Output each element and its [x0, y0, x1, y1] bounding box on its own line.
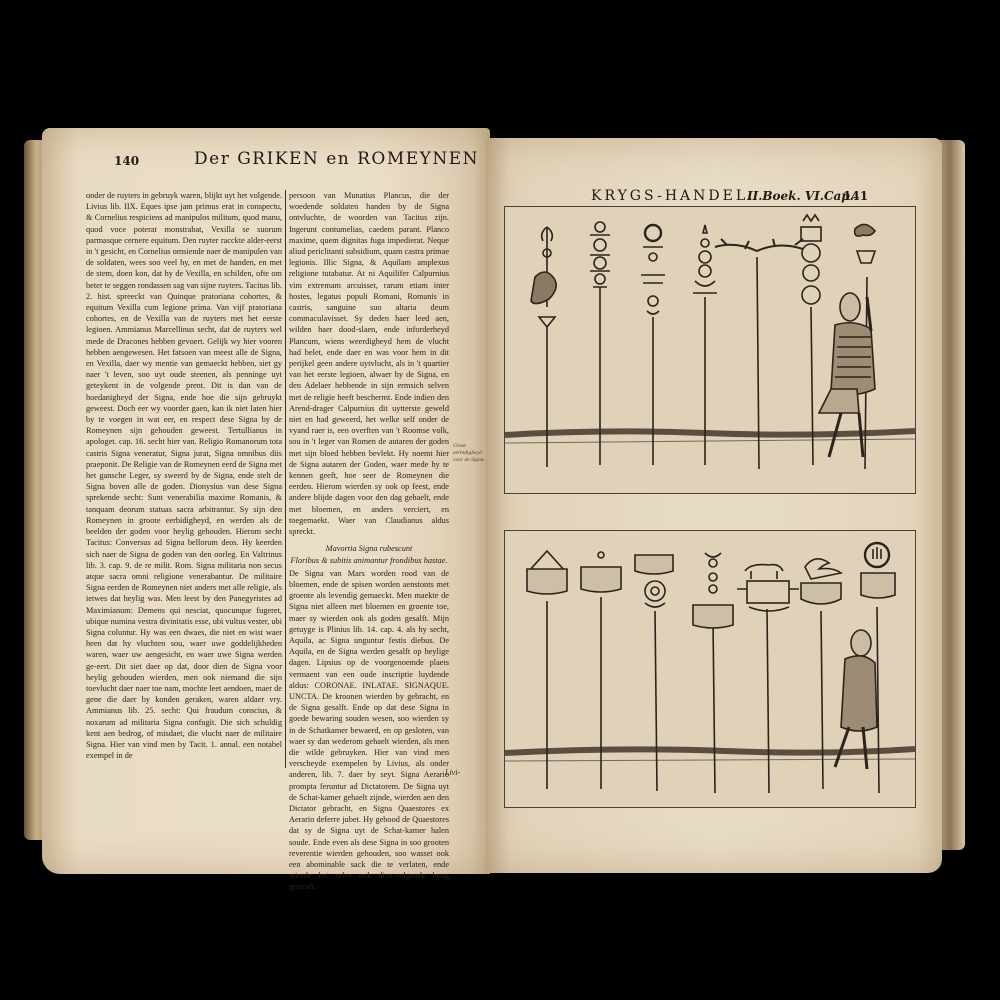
- quote-line-1: Mavortia Signa rubescunt: [289, 543, 449, 554]
- right-page: KRYGS-HANDEL. II.Boek. VI.Cap. 141: [486, 138, 942, 873]
- engraving-top-plate: [504, 206, 916, 494]
- text-column-a: onder de ruyters in gebruyk waren, blijk…: [86, 190, 282, 761]
- quote-line-2: Floribus & subitis animantur frondibus h…: [289, 555, 449, 566]
- column-a-text: onder de ruyters in gebruyk waren, blijk…: [86, 190, 282, 761]
- column-b-text-2: De Signa van Mars worden rood van de blo…: [289, 568, 449, 893]
- open-book: 140 Der GRIKEN en ROMEYNEN onder de ruyt…: [0, 0, 1000, 1000]
- column-b-text-1: persoon van Munatius Plancus, die der wo…: [289, 190, 449, 537]
- running-title-left: Der GRIKEN en ROMEYNEN: [194, 149, 479, 169]
- roman-standards-illustration-bottom: [505, 531, 915, 807]
- latin-quote: Mavortia Signa rubescunt Floribus & subi…: [289, 543, 449, 565]
- catchword: Livi-: [445, 768, 460, 777]
- page-number-right: 141: [843, 189, 868, 203]
- text-column-b: persoon van Munatius Plancus, die der wo…: [289, 190, 449, 893]
- engraving-bottom-plate: [504, 530, 916, 808]
- column-divider: [285, 190, 286, 768]
- left-page: 140 Der GRIKEN en ROMEYNEN onder de ruyt…: [42, 128, 490, 874]
- book-chapter-label: II.Boek. VI.Cap.: [747, 189, 854, 203]
- roman-standards-illustration-top: [505, 207, 915, 493]
- running-title-right: KRYGS-HANDEL.: [591, 188, 756, 204]
- left-page-header: 140 Der GRIKEN en ROMEYNEN: [114, 148, 484, 172]
- margin-note: Groot eerbidigheyd voor de Signa.: [453, 443, 489, 464]
- page-number-left: 140: [114, 154, 139, 168]
